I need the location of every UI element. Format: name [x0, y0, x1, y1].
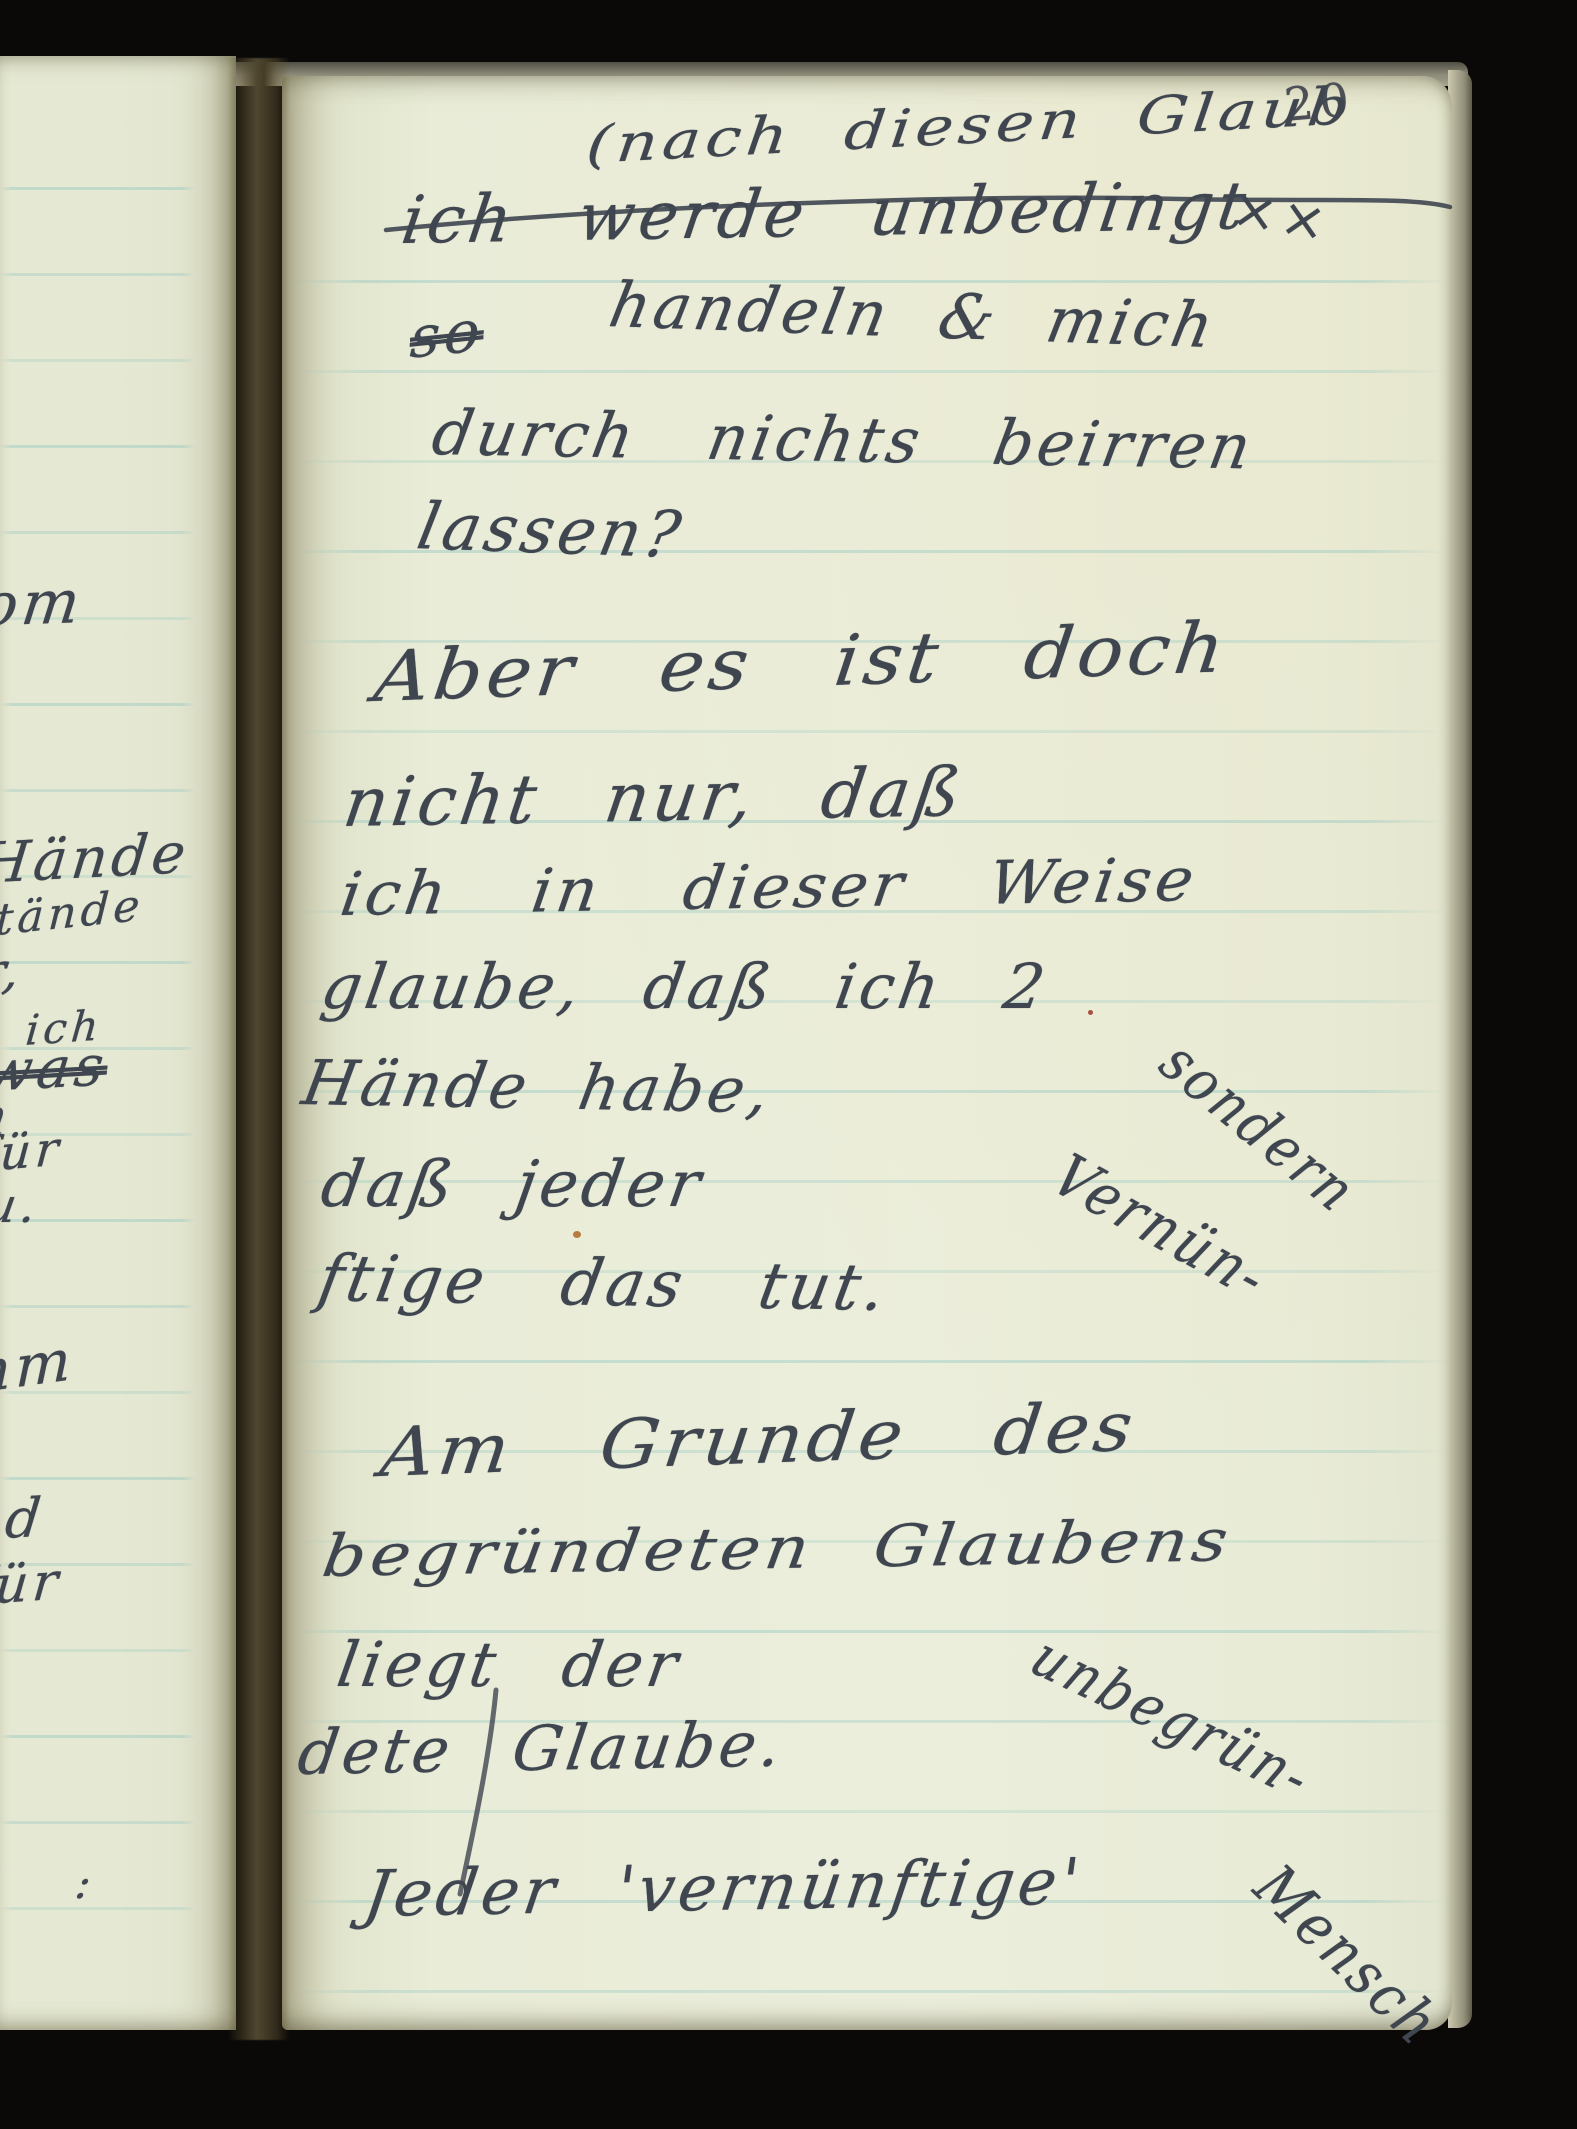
- gutter-shadow: [228, 58, 290, 2040]
- right-page: [282, 76, 1452, 2030]
- notebook-scan: 20 (nach diesen Glaub ×× ich werde unbed…: [0, 0, 1577, 2129]
- left-page: [0, 56, 236, 2030]
- paper-speck: [573, 1231, 581, 1238]
- paper-speck: [1088, 1010, 1093, 1015]
